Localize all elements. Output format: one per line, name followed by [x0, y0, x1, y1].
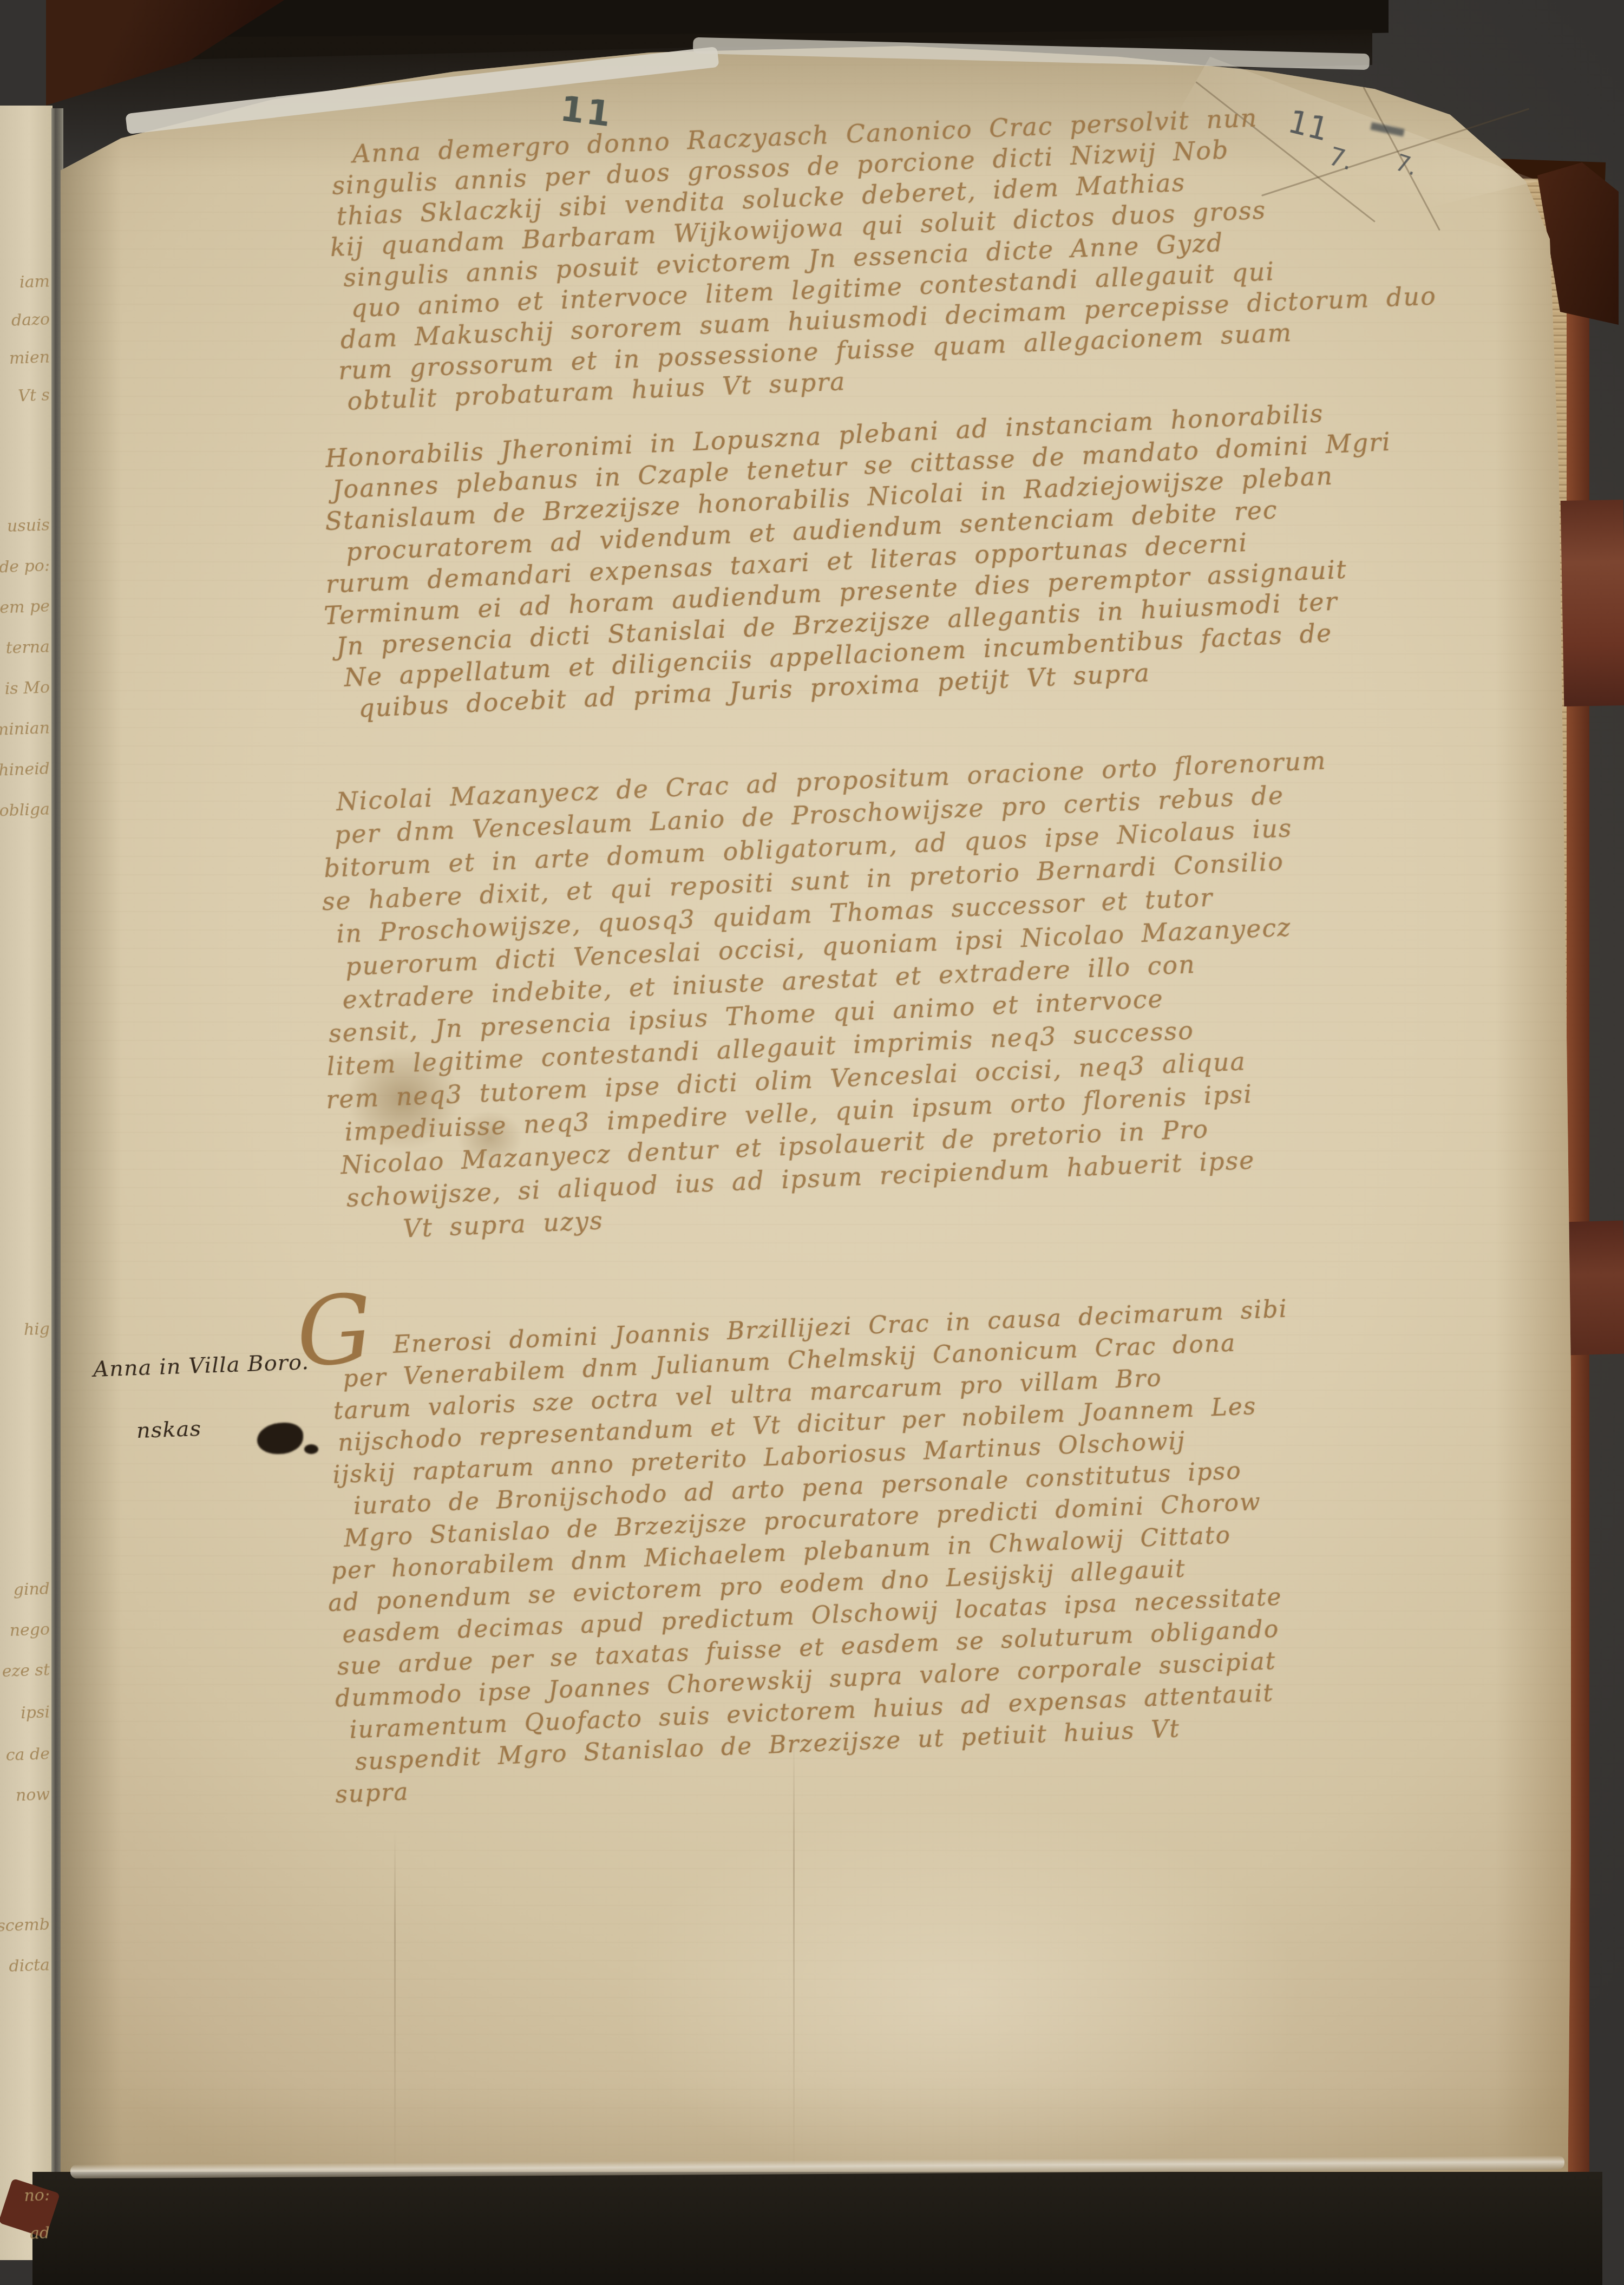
paragraph-1: Anna demergro donno Raczyasch Canonico C…	[330, 96, 1439, 417]
leather-strap-upper	[1561, 500, 1624, 706]
prev-page-fragment: minian	[0, 718, 50, 740]
ink-blot-small	[304, 1444, 318, 1454]
prev-page-fragment: scemb	[0, 1915, 50, 1936]
prev-page-fragment: terna	[0, 637, 50, 659]
prev-page-fragment: nego	[0, 1620, 50, 1641]
prev-page-fragment: usuis	[0, 515, 50, 537]
book-shadow-bottom	[32, 2172, 1602, 2285]
prev-page-fragment: now	[0, 1785, 50, 1806]
prev-page-fragment: no:	[0, 2185, 50, 2207]
vertical-crease	[793, 1732, 795, 2187]
paragraph-2: Honorabilis Jheronimi in Lopuszna pleban…	[325, 395, 1402, 725]
prev-page-fragment: dazo	[0, 310, 50, 331]
prev-page-fragment: ca de	[0, 1744, 50, 1766]
manuscript-photo: 11 11 7. 7. iam dazo mien Vt s usuis de …	[0, 0, 1624, 2285]
paragraph-4: Enerosi domini Joannis Brzillijezi Crac …	[325, 1293, 1306, 1811]
previous-page-edge	[0, 106, 53, 2260]
prev-page-fragment: dicta	[0, 1955, 50, 1977]
prev-page-fragment: de po:	[0, 556, 50, 578]
prev-page-fragment: ipsi	[0, 1703, 50, 1724]
prev-page-fragment: de obliga	[0, 800, 50, 821]
prev-page-fragment: Vt s	[0, 385, 50, 407]
vertical-crease	[394, 1830, 396, 2187]
prev-page-fragment: hineid	[0, 759, 50, 781]
margin-note-line-2: nskas	[136, 1416, 201, 1443]
prev-page-fragment: hig	[0, 1319, 50, 1341]
prev-page-fragment: mien	[0, 348, 50, 369]
prev-page-fragment: gind	[0, 1579, 50, 1601]
prev-page-fragment: is Mo	[0, 678, 50, 699]
leather-strap-lower	[1563, 1221, 1624, 1356]
paragraph-3: Nicolai Mazanyecz de Crac ad propositum …	[325, 744, 1345, 1248]
prev-page-fragment: dem pe	[0, 597, 50, 618]
prev-page-fragment: eze st	[0, 1660, 50, 1682]
damp-stain	[623, 1803, 1299, 2192]
prev-page-fragment: ad	[0, 2223, 50, 2245]
prev-page-fragment: iam	[0, 272, 50, 293]
